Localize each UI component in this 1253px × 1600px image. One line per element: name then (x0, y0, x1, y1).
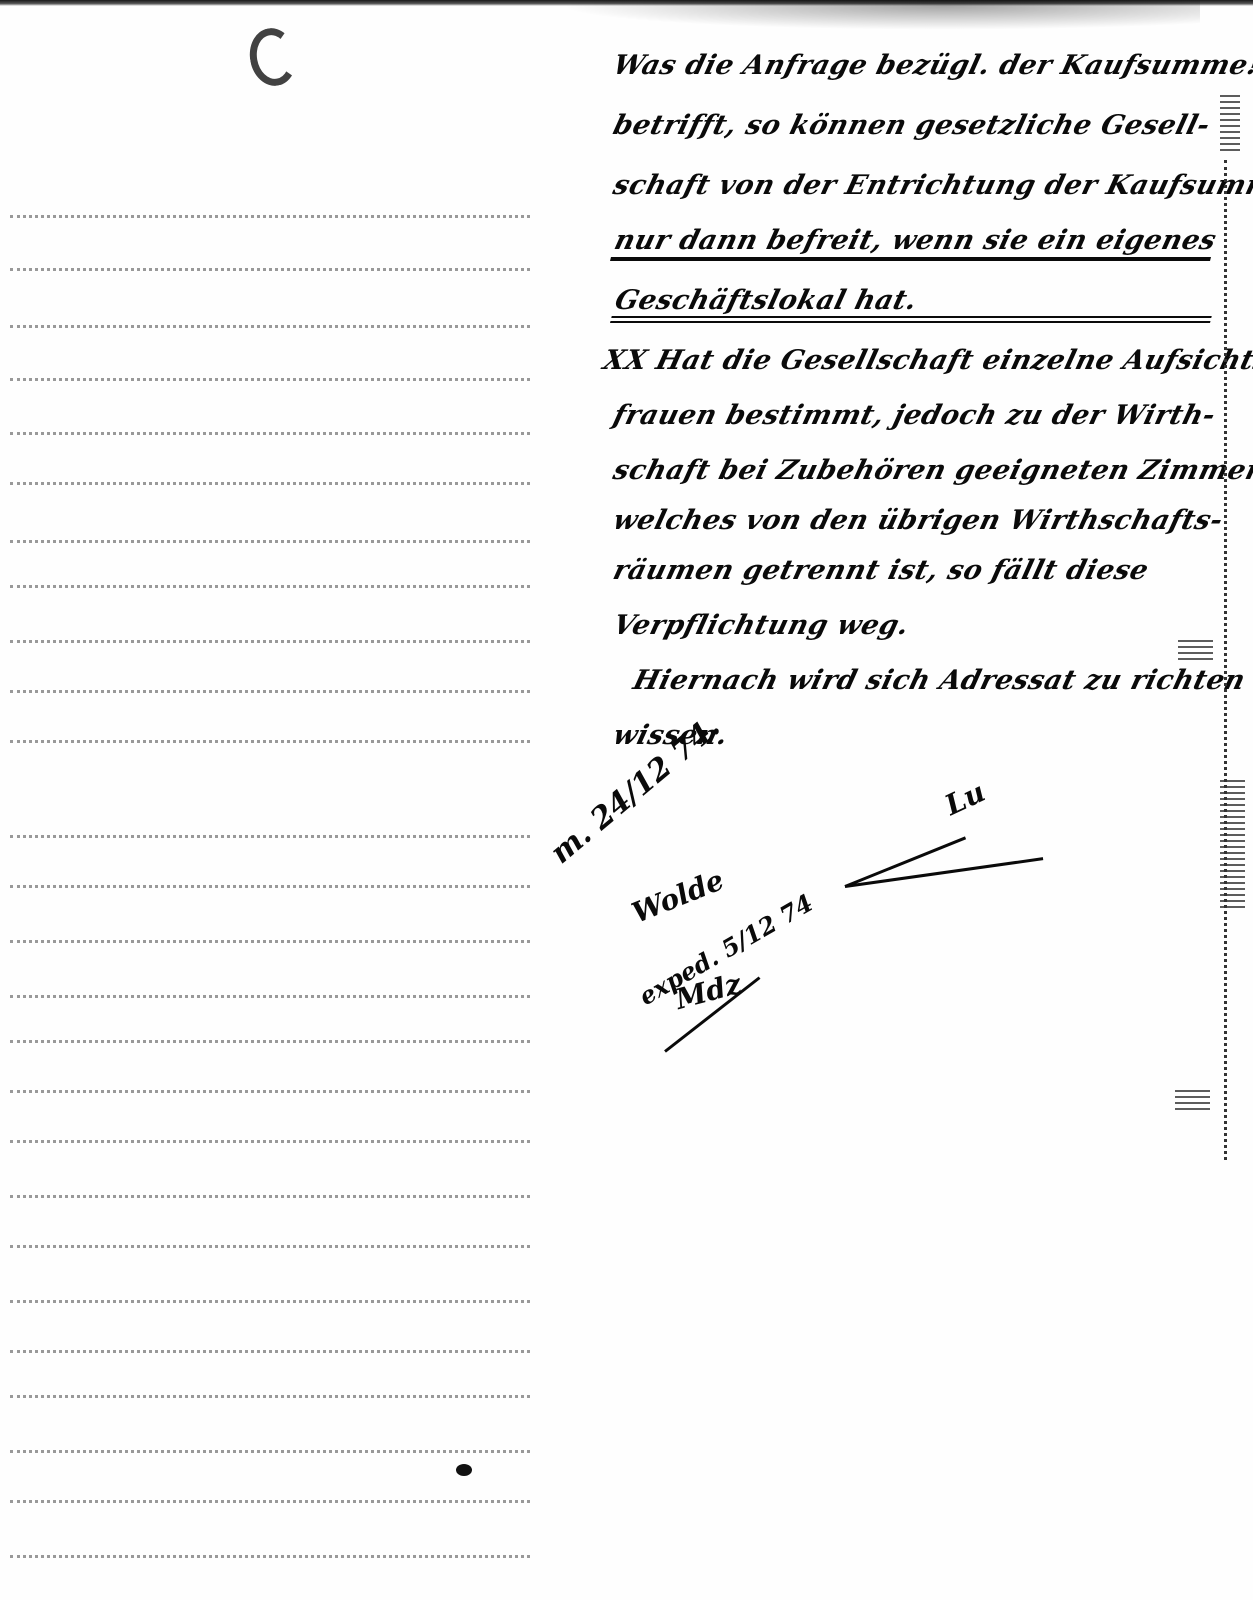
signature-flourish (844, 836, 966, 887)
bleed-line (10, 1450, 530, 1457)
bleed-line (10, 1140, 530, 1147)
bleed-line (10, 432, 530, 439)
top-smudge (560, 0, 1200, 30)
scanned-page: Was die Anfrage bezügl. der Kaufsumme! b… (0, 0, 1253, 1600)
text-line-underlined: Geschäftslokal hat. (610, 285, 1219, 323)
bleed-line (10, 1195, 530, 1202)
text-line: schaft von der Entrichtung der Kaufsumme (610, 170, 1218, 201)
bleed-line (10, 1555, 530, 1562)
binding-mark (1175, 1090, 1210, 1110)
bleed-line (10, 585, 530, 592)
text-line: Hiernach wird sich Adressat zu richten (630, 665, 1238, 696)
bleed-line (10, 640, 530, 647)
bleed-line (10, 940, 530, 947)
signature-right: Lu (940, 775, 990, 822)
initials-annotation: Wolde (627, 863, 728, 930)
bleed-line (10, 482, 530, 489)
bleed-line (10, 835, 530, 842)
bleed-line (10, 540, 530, 547)
text-line: schaft bei Zubehören geeigneten Zimmer e… (610, 455, 1218, 486)
bleed-line (10, 378, 530, 385)
ink-stain (456, 1464, 472, 1476)
text-line: betrifft, so können gesetzliche Gesell- (610, 110, 1218, 141)
bleed-line (10, 1245, 530, 1252)
text-line-underlined: nur dann befreit, wenn sie ein eigenes (610, 225, 1219, 261)
text-line: welches von den übrigen Wirthschafts- (610, 505, 1218, 536)
insert-mark: XX (600, 345, 651, 376)
binding-edge (1224, 160, 1230, 1160)
bleed-line (10, 268, 530, 275)
text-line: XX Hat die Gesellschaft einzelne Aufsich… (600, 345, 1208, 376)
binding-mark (1178, 640, 1213, 660)
text-line: Verpflichtung weg. (610, 610, 1218, 641)
bleed-line (10, 1500, 530, 1507)
left-mark-c (245, 24, 300, 89)
bleed-line (10, 1040, 530, 1047)
binding-mark (1220, 780, 1245, 910)
text-line-content: Hat die Gesellschaft einzelne Aufsichts- (653, 345, 1253, 376)
bleed-line (10, 740, 530, 747)
bleed-line (10, 325, 530, 332)
text-line: räumen getrennt ist, so fällt diese (610, 555, 1218, 586)
bleed-line (10, 690, 530, 697)
bleed-line (10, 995, 530, 1002)
bleed-line (10, 1090, 530, 1097)
bleed-line (10, 1300, 530, 1307)
bleed-line (10, 885, 530, 892)
bleed-line (10, 215, 530, 222)
text-line: frauen bestimmt, jedoch zu der Wirth- (610, 400, 1218, 431)
text-line: Was die Anfrage bezügl. der Kaufsumme! (610, 50, 1218, 81)
bleed-line (10, 1395, 530, 1402)
binding-mark (1220, 95, 1240, 155)
bleed-line (10, 1350, 530, 1357)
